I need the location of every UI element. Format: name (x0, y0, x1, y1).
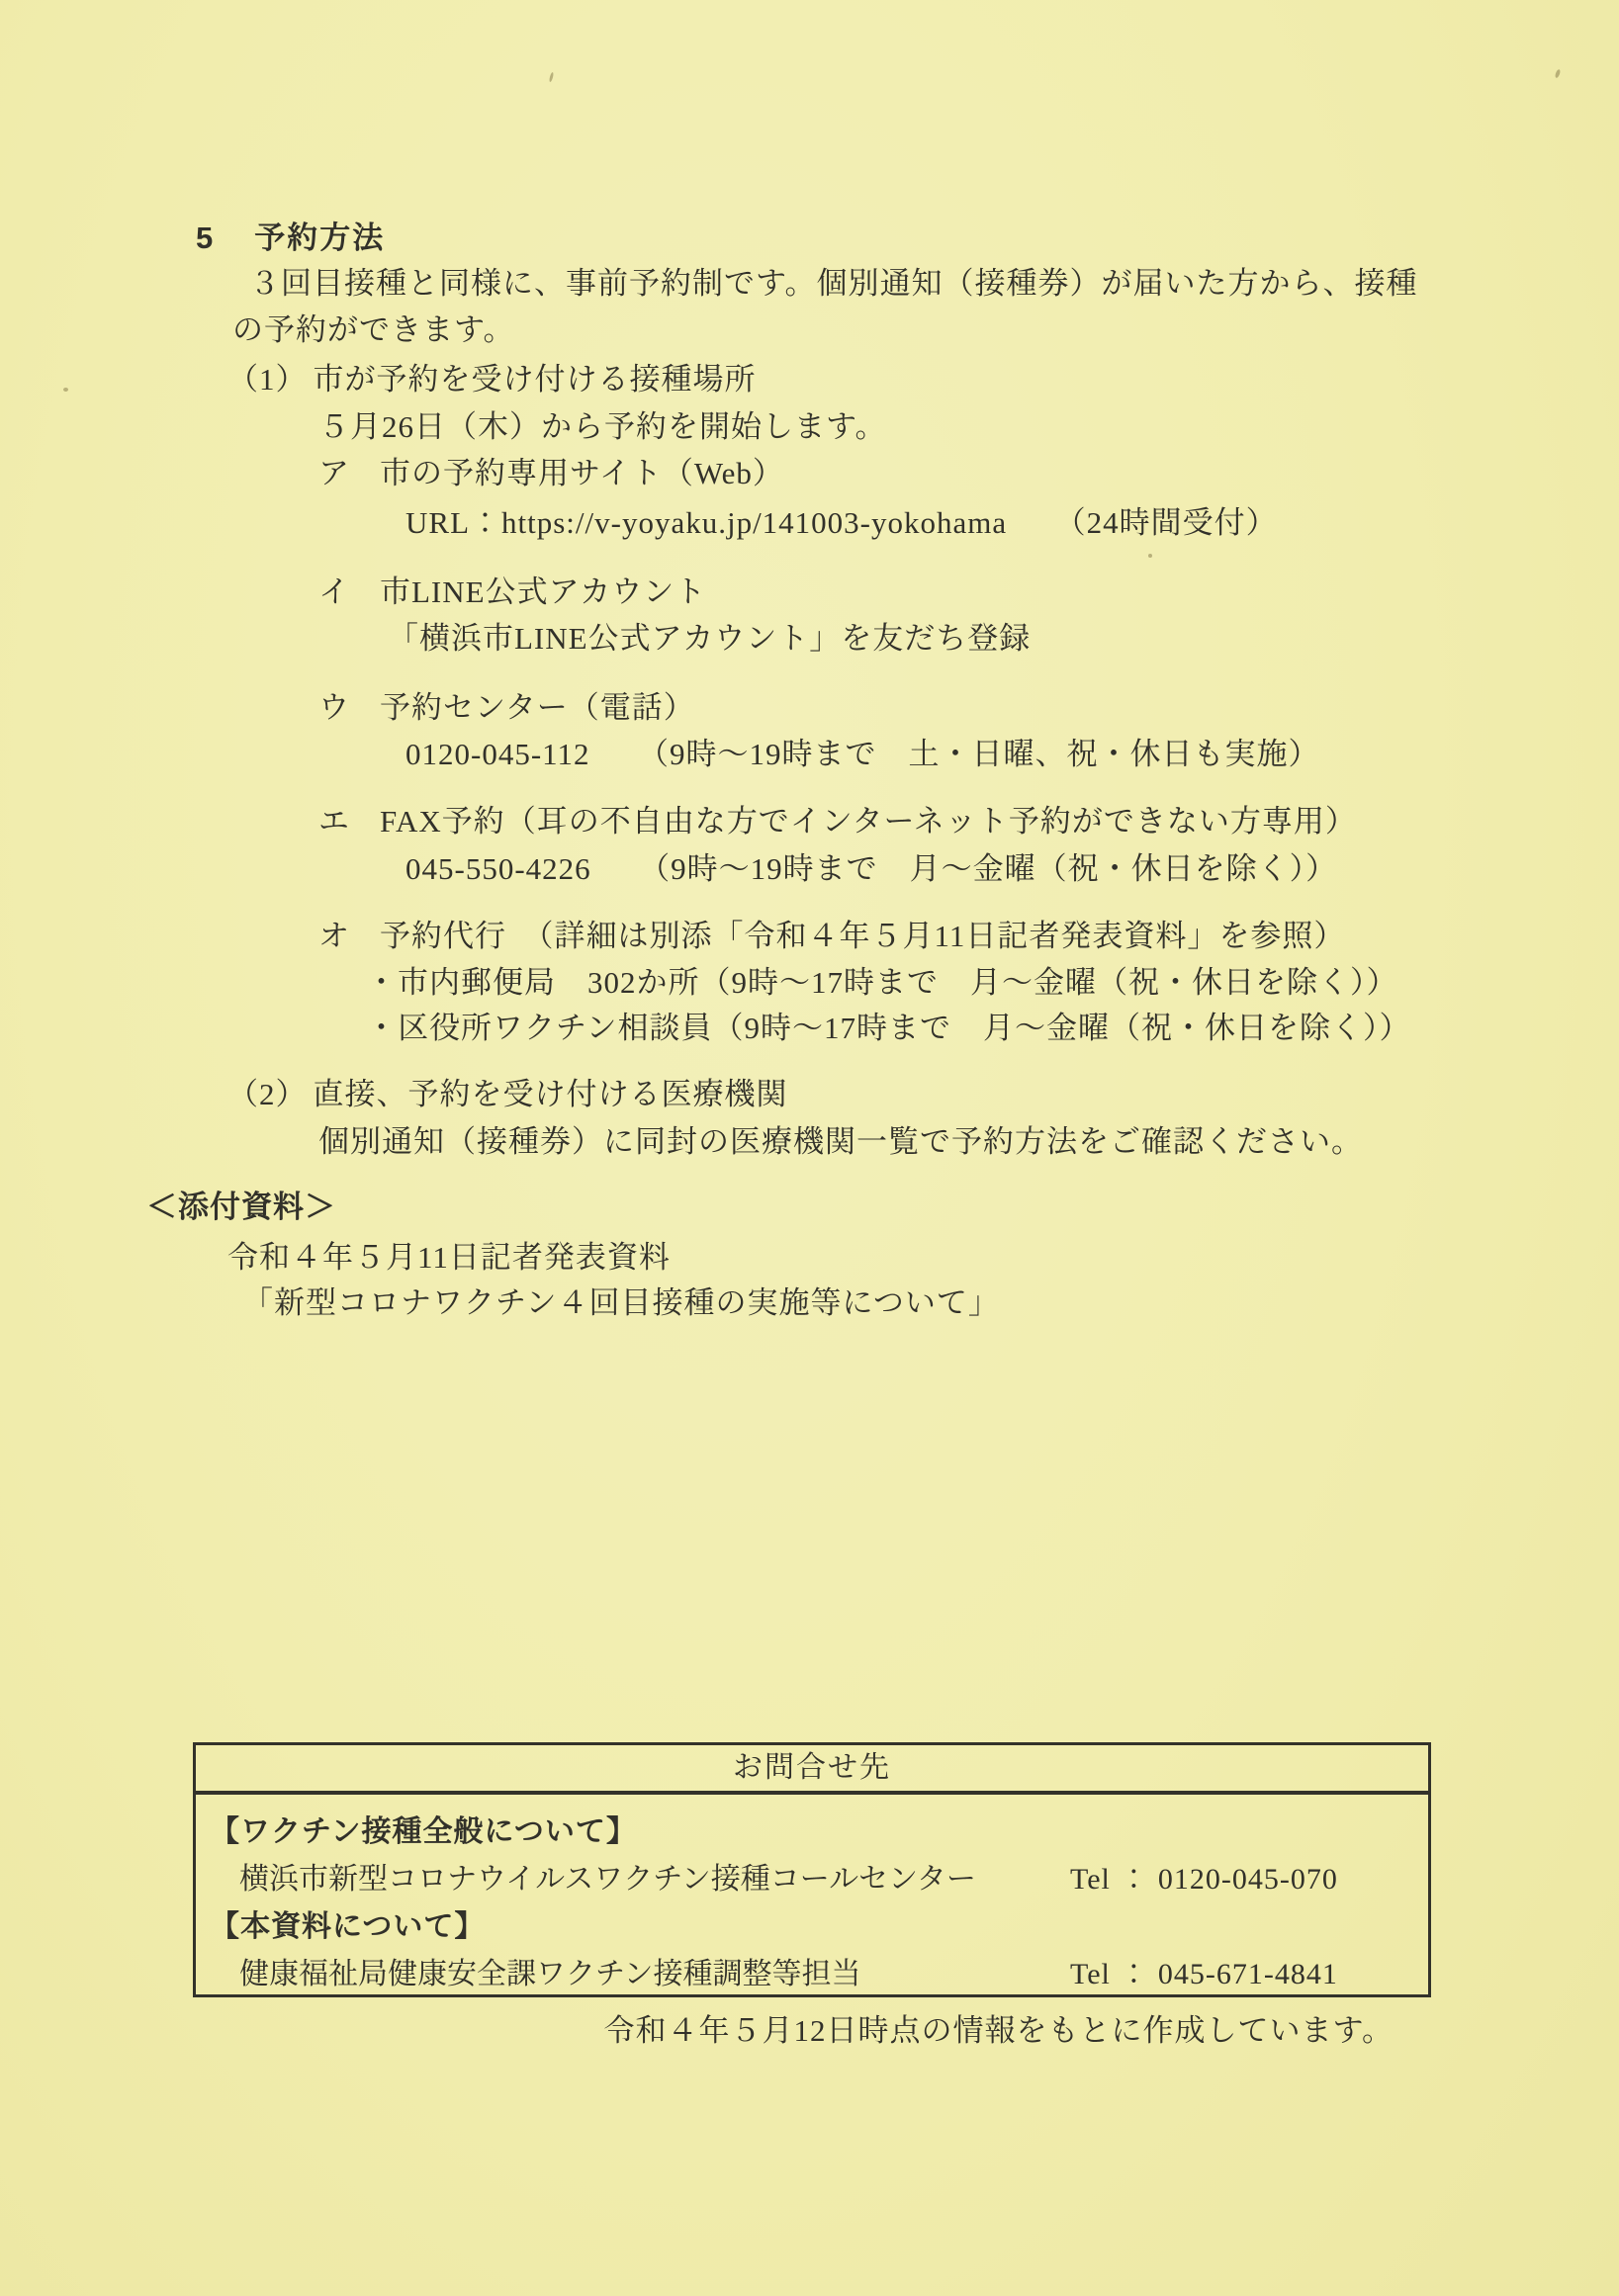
contact-row-1: 横浜市新型コロナウイルスワクチン接種コールセンター Tel ： 0120-045… (210, 1854, 1414, 1898)
intro-line-2: の予約ができます。 (232, 311, 515, 348)
method-i-detail: 「横浜市LINE公式アカウント」を友だち登録 (388, 620, 1031, 657)
method-i-title: 市LINE公式アカウント (380, 574, 706, 609)
contact-tel-2: Tel ： 045-671-4841 (1070, 1949, 1338, 1992)
contact-box-header: お問合せ先 (196, 1745, 1428, 1795)
method-o-bullet-1: ・市内郵便局 302か所（9時～17時まで 月～金曜（祝・休日を除く）） (366, 964, 1398, 1001)
contact-name-2: 健康福祉局健康安全課ワクチン接種調整等担当 (210, 1949, 861, 1992)
method-a-kana: ア (318, 455, 350, 491)
item1-title: 市が予約を受け付ける接種場所 (314, 362, 757, 397)
scan-speck (549, 72, 554, 82)
method-o-kana: オ (318, 918, 350, 954)
section-title: 予約方法 (254, 221, 385, 255)
contact-category-1: 【ワクチン接種全般について】 (210, 1807, 1414, 1850)
attachments-heading: ＜添付資料＞ (146, 1189, 336, 1225)
item1-label: （1） (227, 361, 308, 397)
method-a-heading: ア市の予約専用サイト（Web） (318, 455, 784, 491)
item2-heading: （2）直接、予約を受け付ける医療機関 (227, 1076, 788, 1112)
method-o-title: 予約代行 （詳細は別添「令和４年５月11日記者発表資料」を参照） (380, 919, 1345, 953)
contact-name-1: 横浜市新型コロナウイルスワクチン接種コールセンター (210, 1854, 976, 1898)
scan-speck (63, 388, 68, 392)
method-e-fax: 045-550-4226 （9時～19時まで 月～金曜（祝・休日を除く）） (405, 850, 1337, 887)
method-u-heading: ウ予約センター（電話） (318, 689, 695, 726)
method-a-url: URL：https://v-yoyaku.jp/141003-yokohama … (405, 504, 1278, 541)
method-e-title: FAX予約（耳の不自由な方でインターネット予約ができない方専用） (380, 804, 1357, 839)
item1-heading: （1）市が予約を受け付ける接種場所 (227, 361, 757, 397)
method-i-heading: イ市LINE公式アカウント (318, 574, 706, 610)
item2-label: （2） (227, 1076, 308, 1112)
contact-row-2: 健康福祉局健康安全課ワクチン接種調整等担当 Tel ： 045-671-4841 (210, 1949, 1414, 1992)
scan-speck (1555, 69, 1562, 79)
contact-box: お問合せ先 【ワクチン接種全般について】 横浜市新型コロナウイルスワクチン接種コ… (193, 1742, 1431, 1997)
contact-category-2: 【本資料について】 (210, 1901, 1414, 1945)
method-i-kana: イ (318, 574, 350, 610)
scanned-document-page: 5予約方法 ３回目接種と同様に、事前予約制です。個別通知（接種券）が届いた方から… (0, 0, 1619, 2296)
method-a-title: 市の予約専用サイト（Web） (380, 456, 784, 490)
section-heading: 5予約方法 (196, 220, 385, 256)
attachments-line-2: 「新型コロナワクチン４回目接種の実施等について」 (242, 1284, 1000, 1321)
item2-title: 直接、予約を受け付ける医療機関 (314, 1077, 788, 1111)
method-u-title: 予約センター（電話） (380, 690, 695, 725)
method-u-phone: 0120-045-112 （9時～19時まで 土・日曜、祝・休日も実施） (405, 736, 1320, 772)
footer-note: 令和４年５月12日時点の情報をもとに作成しています。 (603, 2005, 1394, 2050)
contact-tel-1: Tel ： 0120-045-070 (1070, 1854, 1338, 1898)
scan-speck (1148, 554, 1152, 558)
method-u-kana: ウ (318, 689, 350, 726)
method-e-kana: エ (318, 803, 350, 839)
section-number: 5 (196, 221, 215, 255)
method-o-bullet-2: ・区役所ワクチン相談員（9時～17時まで 月～金曜（祝・休日を除く）） (366, 1010, 1410, 1046)
item2-note: 個別通知（接種券）に同封の医療機関一覧で予約方法をご確認ください。 (318, 1123, 1363, 1160)
method-e-heading: エFAX予約（耳の不自由な方でインターネット予約ができない方専用） (318, 803, 1357, 839)
attachments-line-1: 令和４年５月11日記者発表資料 (227, 1239, 671, 1276)
method-o-heading: オ予約代行 （詳細は別添「令和４年５月11日記者発表資料」を参照） (318, 918, 1345, 954)
intro-line-1: ３回目接種と同様に、事前予約制です。個別通知（接種券）が届いた方から、接種 (249, 265, 1418, 302)
item1-start-note: ５月26日（木）から予約を開始します。 (318, 408, 887, 445)
